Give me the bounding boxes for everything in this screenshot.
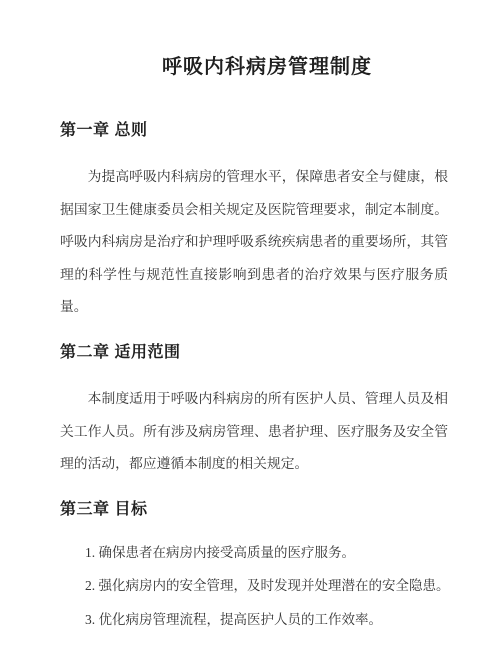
chapter-2-heading: 第二章 适用范围 bbox=[60, 342, 448, 363]
chapter-3-heading: 第三章 目标 bbox=[60, 499, 448, 520]
chapter-2-paragraph: 本制度适用于呼吸内科病房的所有医护人员、管理人员及相关工作人员。所有涉及病房管理… bbox=[60, 383, 448, 481]
goal-list: 1. 确保患者在病房内接受高质量的医疗服务。 2. 强化病房内的安全管理，及时发… bbox=[60, 536, 448, 637]
section-chapter-2: 第二章 适用范围 本制度适用于呼吸内科病房的所有医护人员、管理人员及相关工作人员… bbox=[60, 342, 448, 481]
goal-item-1: 1. 确保患者在病房内接受高质量的医疗服务。 bbox=[85, 536, 448, 570]
goal-item-2: 2. 强化病房内的安全管理，及时发现并处理潜在的安全隐患。 bbox=[85, 569, 448, 603]
goal-item-3: 3. 优化病房管理流程，提高医护人员的工作效率。 bbox=[85, 603, 448, 637]
section-chapter-1: 第一章 总则 为提高呼吸内科病房的管理水平，保障患者安全与健康，根据国家卫生健康… bbox=[60, 120, 448, 324]
chapter-1-heading: 第一章 总则 bbox=[60, 120, 448, 141]
chapter-1-paragraph: 为提高呼吸内科病房的管理水平，保障患者安全与健康，根据国家卫生健康委员会相关规定… bbox=[60, 161, 448, 324]
section-chapter-3: 第三章 目标 1. 确保患者在病房内接受高质量的医疗服务。 2. 强化病房内的安… bbox=[60, 499, 448, 637]
document-title: 呼吸内科病房管理制度 bbox=[60, 54, 448, 80]
document-page: 呼吸内科病房管理制度 第一章 总则 为提高呼吸内科病房的管理水平，保障患者安全与… bbox=[0, 0, 500, 647]
